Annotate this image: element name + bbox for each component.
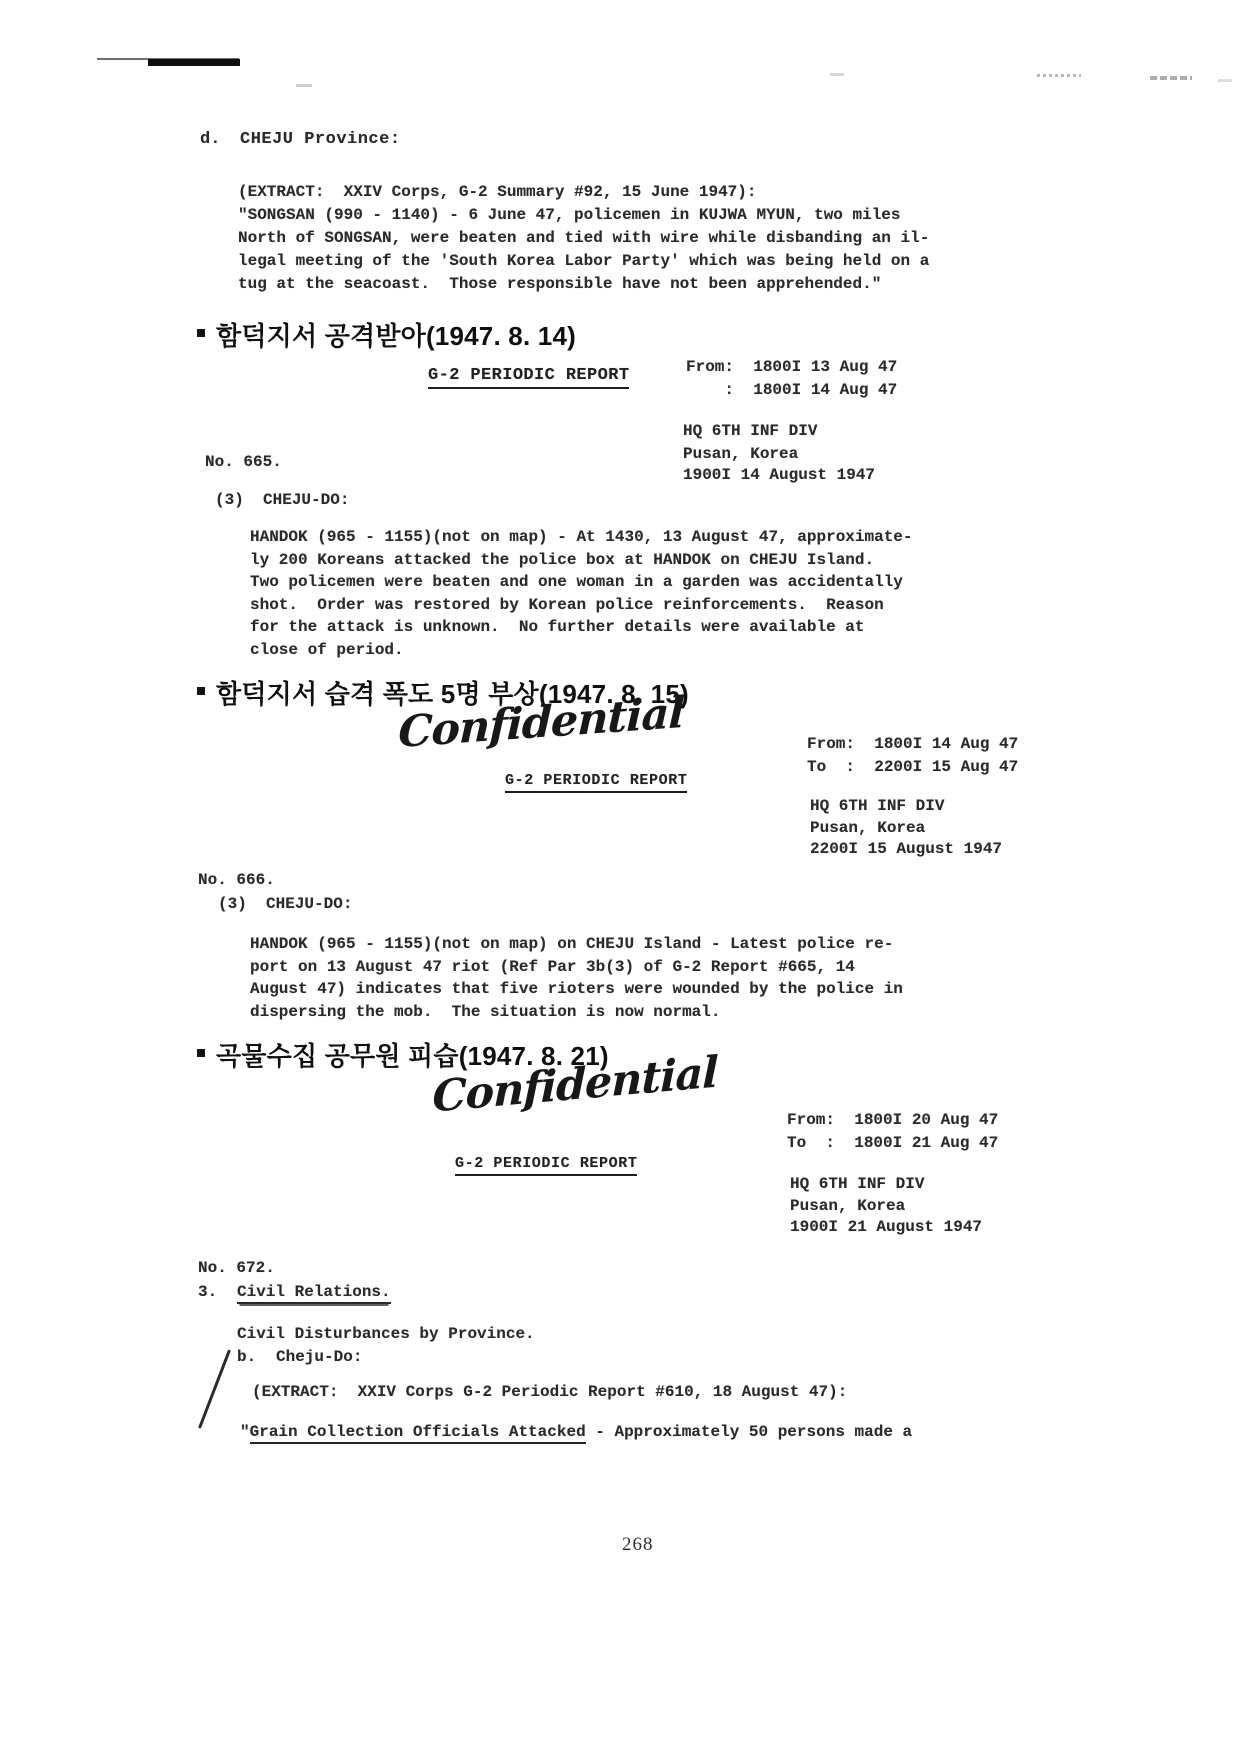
- province-item-letter: d.: [200, 130, 220, 149]
- civil-heading-text: Civil Relations.: [237, 1283, 391, 1304]
- report-period-to: To : 2200I 15 Aug 47: [807, 756, 1018, 779]
- scan-artifact-speck: [1218, 79, 1232, 82]
- province-item-title: CHEJU Province:: [240, 130, 401, 149]
- report-hq-datetime: 2200I 15 August 1947: [810, 839, 1002, 861]
- scan-artifact-speck: [830, 73, 844, 76]
- report-body-line: for the attack is unknown. No further de…: [250, 616, 865, 639]
- civil-sub-title: Cheju-Do:: [276, 1348, 362, 1366]
- civil-line-disturbances: Civil Disturbances by Province.: [237, 1325, 535, 1343]
- report-hq-unit: HQ 6TH INF DIV: [683, 421, 817, 443]
- report-period-from: From: 1800I 13 Aug 47: [686, 356, 897, 379]
- quote-prefix: ": [240, 1423, 250, 1441]
- report-hq-unit: HQ 6TH INF DIV: [790, 1174, 924, 1196]
- report-section-label: (3) CHEJU-DO:: [218, 895, 352, 913]
- report-section-label: (3) CHEJU-DO:: [215, 491, 349, 509]
- report-body-line: HANDOK (965 - 1155)(not on map) - At 143…: [250, 526, 913, 549]
- handwritten-slash-mark: [198, 1349, 230, 1428]
- report-title-666: G-2 PERIODIC REPORT: [505, 772, 687, 793]
- scan-artifact-bar: [148, 59, 240, 66]
- report-hq-location: Pusan, Korea: [790, 1196, 905, 1218]
- report-hq-datetime: 1900I 14 August 1947: [683, 465, 875, 487]
- report-body-line: August 47) indicates that five rioters w…: [250, 978, 903, 1001]
- report-body-line: Two policemen were beaten and one woman …: [250, 571, 903, 594]
- page-number: 268: [622, 1534, 654, 1556]
- scan-artifact-dashes: [1150, 76, 1192, 80]
- scanned-document-page: d. CHEJU Province: (EXTRACT: XXIV Corps,…: [0, 0, 1240, 1754]
- korean-header-bullet: [197, 1049, 205, 1057]
- province-extract-line: (EXTRACT: XXIV Corps, G-2 Summary #92, 1…: [238, 181, 756, 204]
- civil-heading: Civil Relations.: [237, 1283, 391, 1301]
- report-body-line: HANDOK (965 - 1155)(not on map) on CHEJU…: [250, 933, 893, 956]
- report-period-from: From: 1800I 14 Aug 47: [807, 733, 1018, 756]
- report-period-to: To : 1800I 21 Aug 47: [787, 1132, 998, 1155]
- report-body-line: shot. Order was restored by Korean polic…: [250, 594, 884, 617]
- report-title-665: G-2 PERIODIC REPORT: [428, 366, 629, 389]
- province-extract-line: North of SONGSAN, were beaten and tied w…: [238, 227, 929, 250]
- korean-header-bullet: [197, 329, 205, 337]
- civil-extract-line: (EXTRACT: XXIV Corps G-2 Periodic Report…: [252, 1383, 847, 1401]
- report-number-672: No. 672.: [198, 1259, 275, 1277]
- report-period-from: From: 1800I 20 Aug 47: [787, 1109, 998, 1132]
- province-extract-line: legal meeting of the 'South Korea Labor …: [238, 250, 929, 273]
- quote-underlined-phrase: Grain Collection Officials Attacked: [250, 1423, 586, 1444]
- scan-artifact-speck: [296, 84, 312, 87]
- civil-sub-letter: b.: [237, 1348, 256, 1366]
- civil-item-number: 3.: [198, 1283, 217, 1301]
- report-body-line: port on 13 August 47 riot (Ref Par 3b(3)…: [250, 956, 855, 979]
- report-hq-unit: HQ 6TH INF DIV: [810, 796, 944, 818]
- korean-header-bullet: [197, 687, 205, 695]
- province-extract-line: tug at the seacoast. Those responsible h…: [238, 273, 881, 296]
- scan-artifact-dots: [1037, 74, 1081, 77]
- report-body-line: ly 200 Koreans attacked the police box a…: [250, 549, 874, 572]
- report-title-672: G-2 PERIODIC REPORT: [455, 1155, 637, 1176]
- civil-quote-line: "Grain Collection Officials Attacked - A…: [240, 1423, 912, 1441]
- quote-rest: - Approximately 50 persons made a: [586, 1423, 912, 1441]
- province-extract-line: "SONGSAN (990 - 1140) - 6 June 47, polic…: [238, 204, 901, 227]
- report-number-665: No. 665.: [205, 453, 282, 471]
- report-number-666: No. 666.: [198, 871, 275, 889]
- korean-header-1: 함덕지서 공격받아(1947. 8. 14): [216, 316, 576, 353]
- report-body-line: close of period.: [250, 639, 404, 662]
- report-hq-location: Pusan, Korea: [683, 444, 798, 466]
- report-body-line: dispersing the mob. The situation is now…: [250, 1001, 720, 1024]
- report-hq-datetime: 1900I 21 August 1947: [790, 1217, 982, 1239]
- report-hq-location: Pusan, Korea: [810, 818, 925, 840]
- report-period-to: : 1800I 14 Aug 47: [686, 379, 897, 402]
